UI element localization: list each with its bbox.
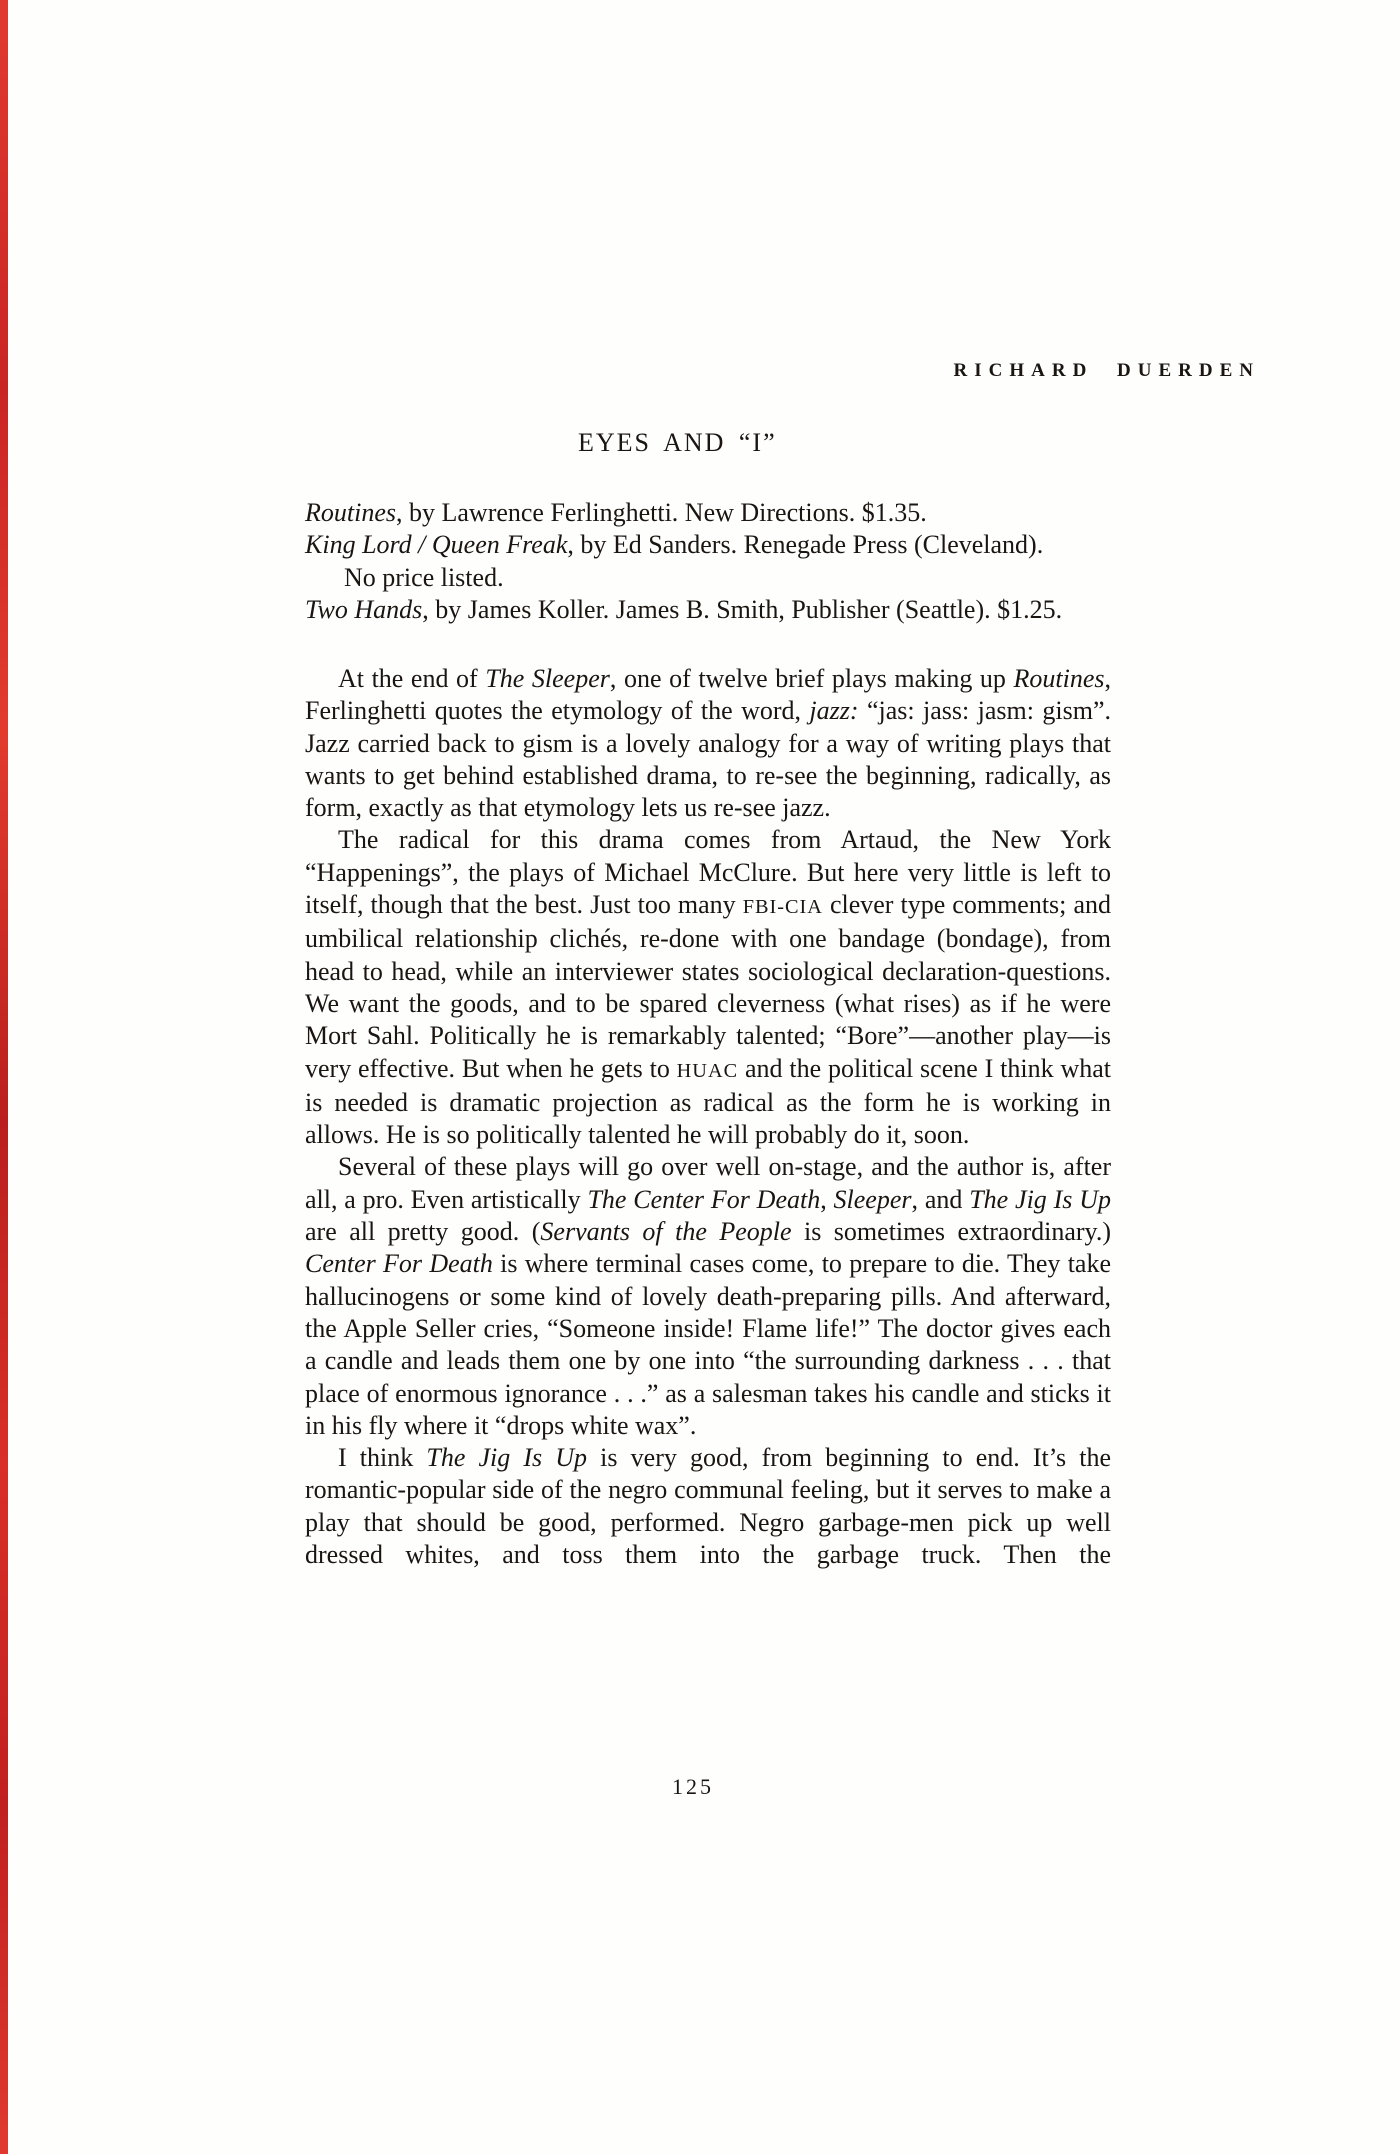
paragraph: I think The Jig Is Up is very good, from… (305, 1442, 1111, 1571)
book-page: RICHARD DUERDEN EYES AND “I” Routines, b… (0, 0, 1400, 2154)
review-body: At the end of The Sleeper, one of twelve… (305, 663, 1111, 1571)
paragraph: Several of these plays will go over well… (305, 1151, 1111, 1442)
book-list-item: Routines, by Lawrence Ferlinghetti. New … (305, 497, 1117, 529)
book-list: Routines, by Lawrence Ferlinghetti. New … (305, 497, 1117, 626)
page-title: EYES AND “I” (578, 428, 777, 458)
book-list-item-continuation: No price listed. (305, 562, 1117, 594)
book-list-item: Two Hands, by James Koller. James B. Smi… (305, 594, 1117, 626)
paragraph: The radical for this drama comes from Ar… (305, 824, 1111, 1151)
paragraph: At the end of The Sleeper, one of twelve… (305, 663, 1111, 824)
running-head-author: RICHARD DUERDEN (954, 360, 1260, 382)
page-number: 125 (672, 1774, 714, 1800)
scan-edge-strip (0, 0, 8, 2154)
book-list-item: King Lord / Queen Freak, by Ed Sanders. … (305, 529, 1117, 561)
